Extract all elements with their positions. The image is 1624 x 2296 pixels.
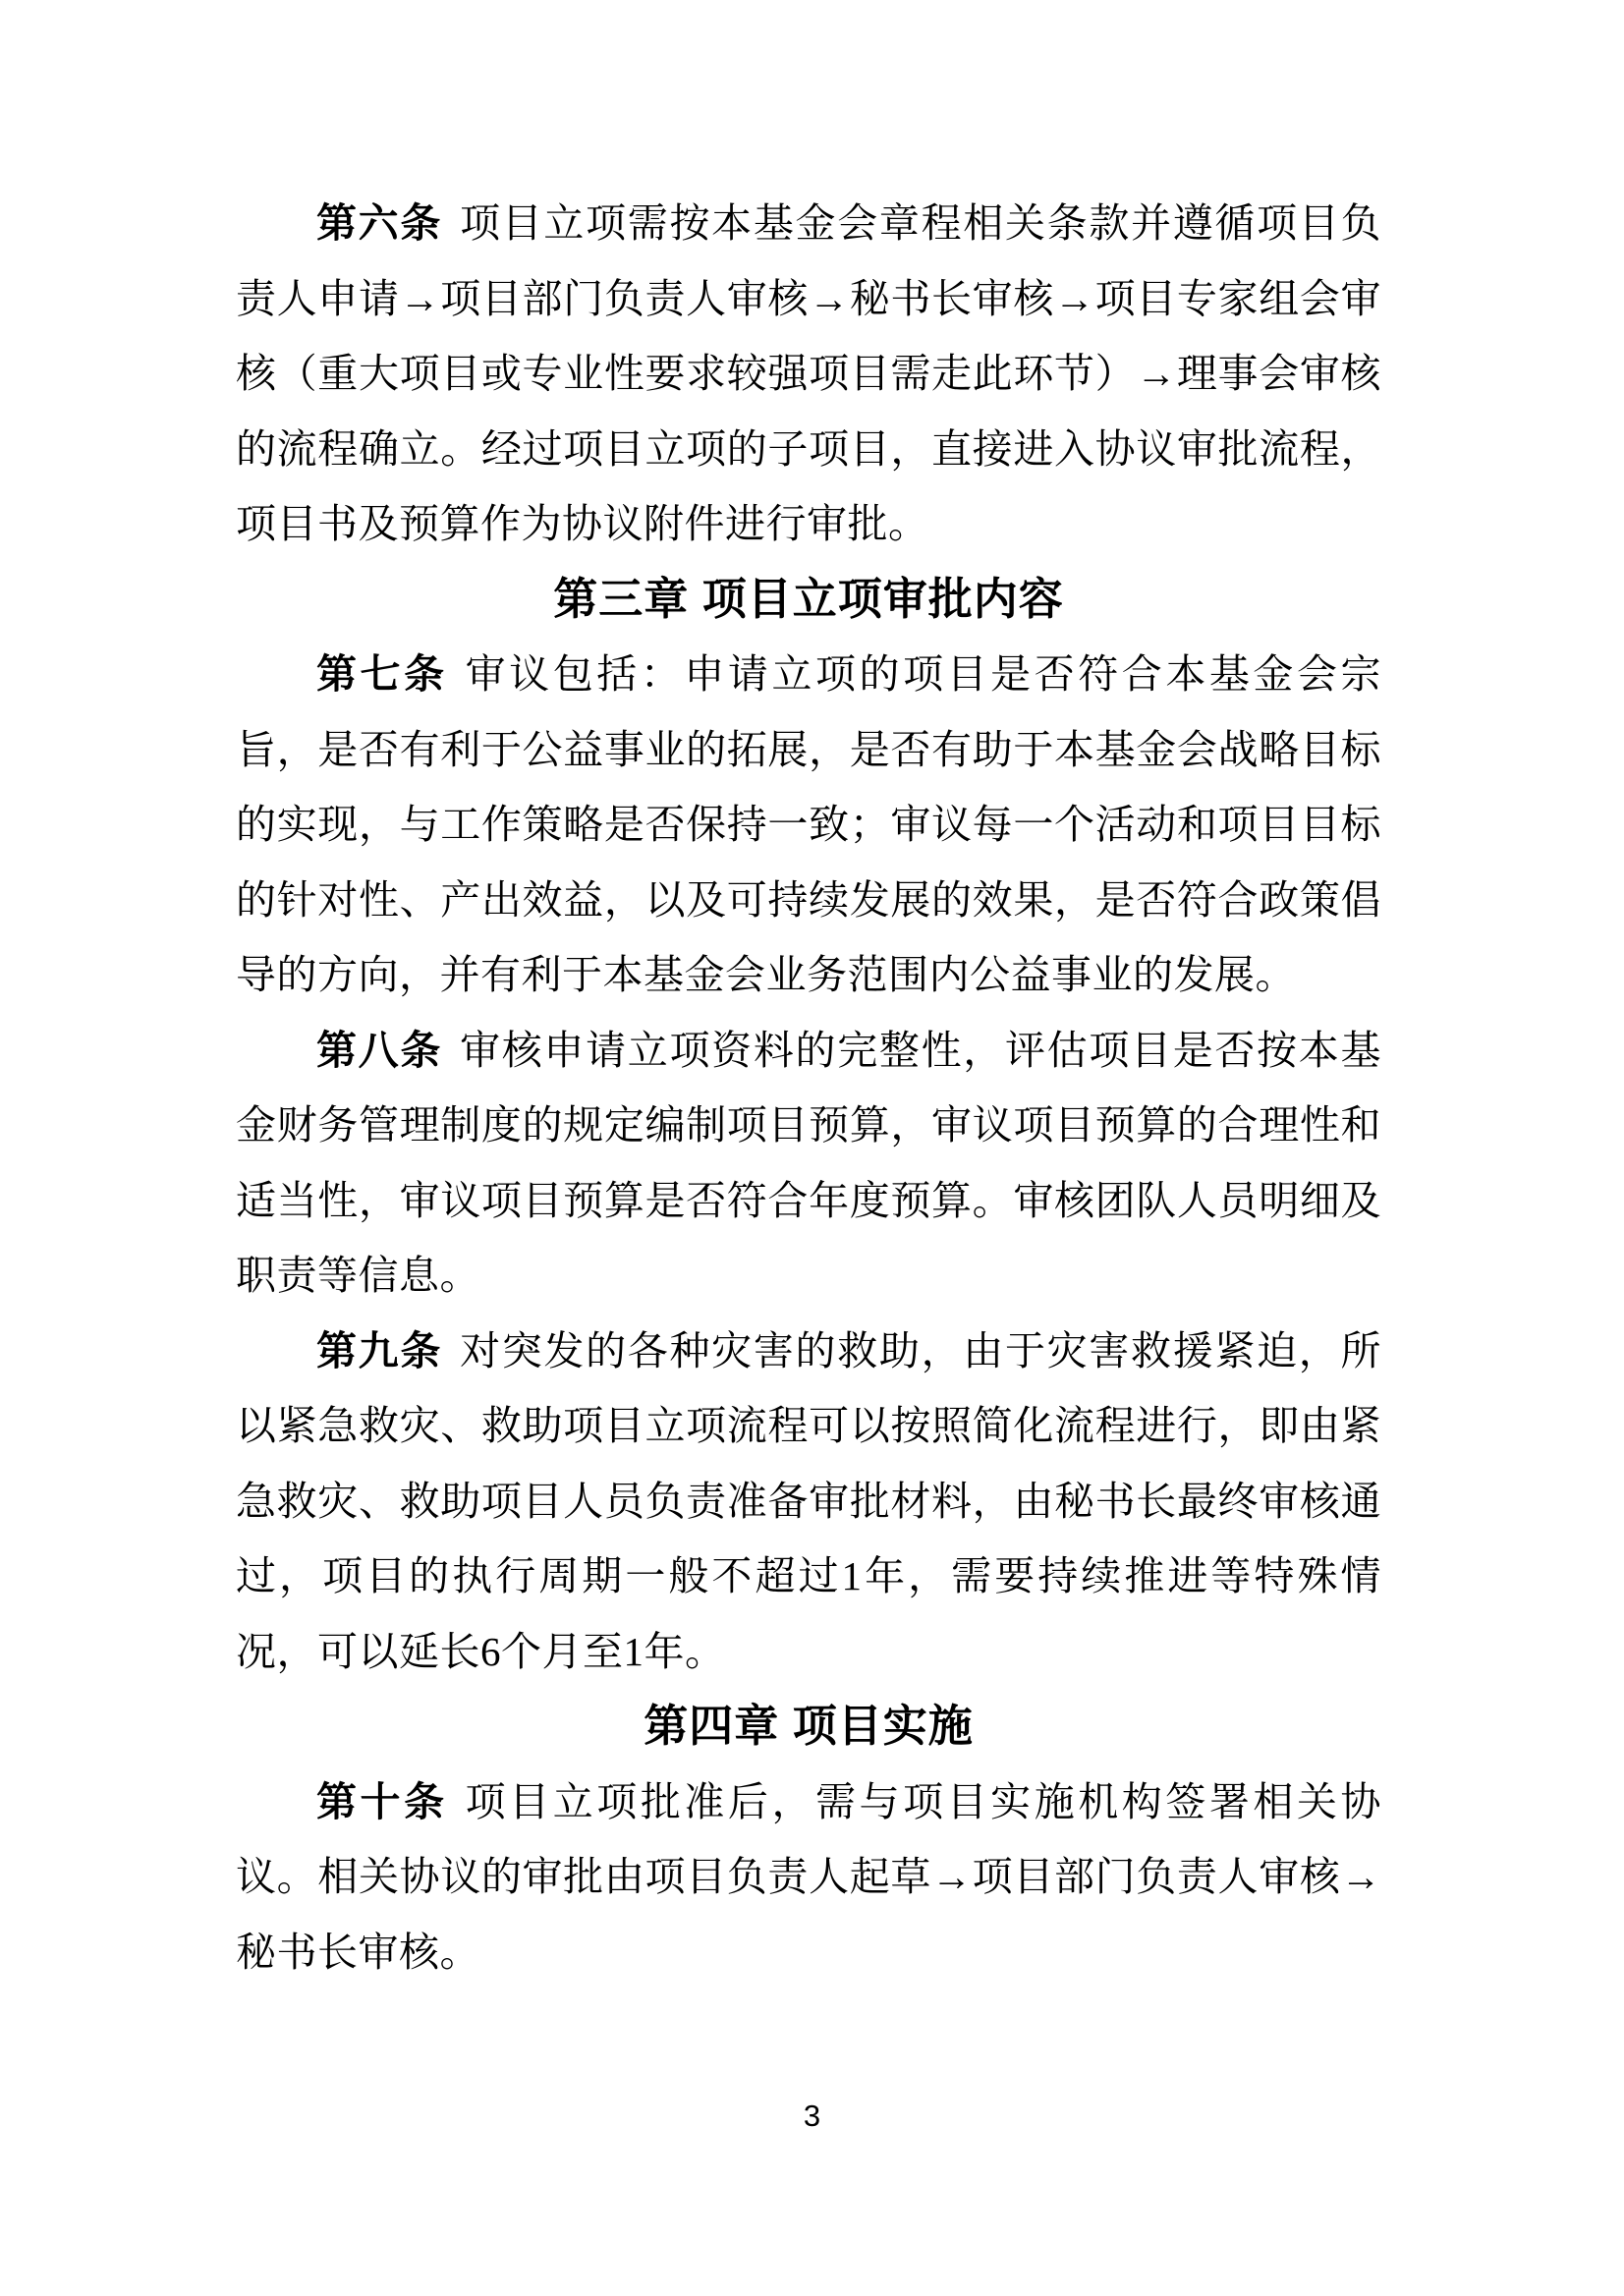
document-content: 第六条项目立项需按本基金会章程相关条款并遵循项目负责人申请→项目部门负责人审核→… — [236, 186, 1381, 1989]
document-page: 第六条项目立项需按本基金会章程相关条款并遵循项目负责人申请→项目部门负责人审核→… — [0, 0, 1624, 2296]
article-8-paragraph: 第八条审核申请立项资料的完整性，评估项目是否按本基金财务管理制度的规定编制项目预… — [236, 1013, 1381, 1314]
article-9-number: 第九条 — [316, 1328, 442, 1373]
article-9-paragraph: 第九条对突发的各种灾害的救助，由于灾害救援紧迫，所以紧急救灾、救助项目立项流程可… — [236, 1314, 1381, 1690]
chapter-3-heading: 第三章 项目立项审批内容 — [236, 562, 1381, 638]
page-footer: 3 — [0, 2095, 1624, 2138]
article-10-number: 第十条 — [316, 1779, 448, 1824]
article-8-number: 第八条 — [316, 1028, 442, 1073]
article-10-paragraph: 第十条项目立项批准后，需与项目实施机构签署相关协议。相关协议的审批由项目负责人起… — [236, 1764, 1381, 1990]
article-7-text: 审议包括：申请立项的项目是否符合本基金会宗旨，是否有利于公益事业的拓展，是否有助… — [236, 651, 1381, 997]
chapter-4-heading: 第四章 项目实施 — [236, 1689, 1381, 1764]
article-6-paragraph: 第六条项目立项需按本基金会章程相关条款并遵循项目负责人申请→项目部门负责人审核→… — [236, 186, 1381, 562]
article-6-number: 第六条 — [316, 200, 442, 246]
article-6-text: 项目立项需按本基金会章程相关条款并遵循项目负责人申请→项目部门负责人审核→秘书长… — [236, 200, 1381, 546]
article-7-number: 第七条 — [316, 651, 448, 697]
page-number: 3 — [804, 2099, 820, 2133]
article-9-text: 对突发的各种灾害的救助，由于灾害救援紧迫，所以紧急救灾、救助项目立项流程可以按照… — [236, 1328, 1381, 1674]
article-7-paragraph: 第七条审议包括：申请立项的项目是否符合本基金会宗旨，是否有利于公益事业的拓展，是… — [236, 637, 1381, 1013]
